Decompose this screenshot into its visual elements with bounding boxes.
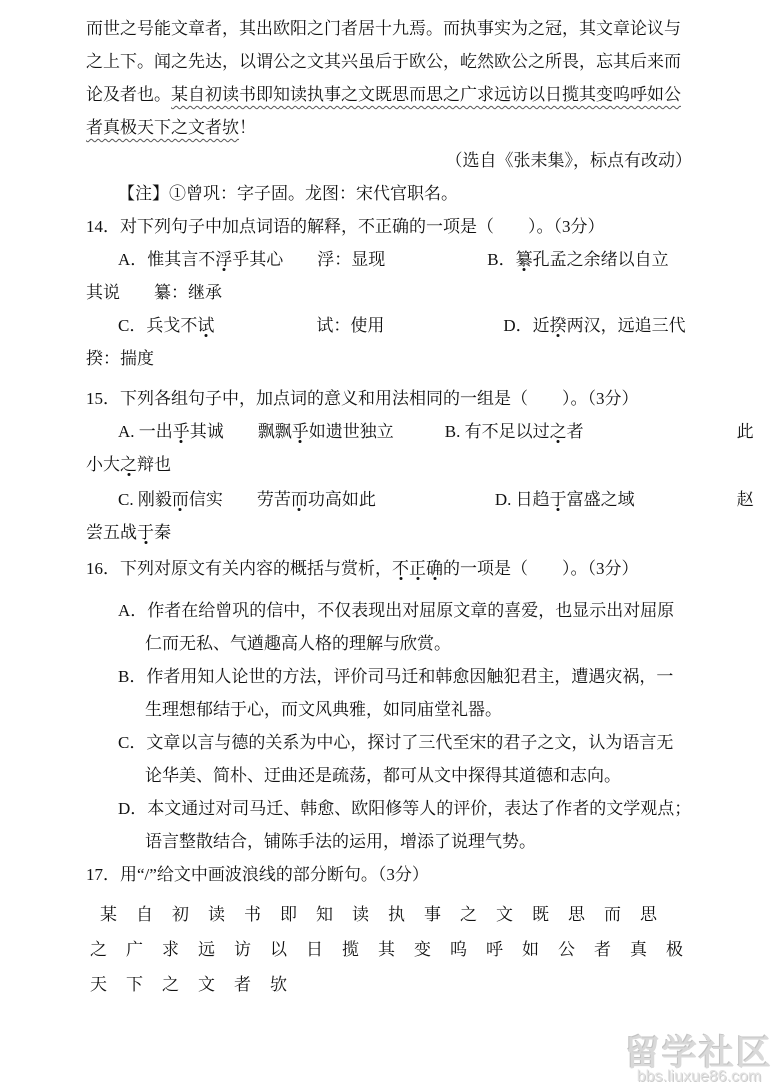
- text-run: 生理想郁结于心，而文风典雅，如同庙堂礼器。: [145, 700, 502, 719]
- passage-line-2: 之上下。闻之先达，以谓公之文其兴虽后于欧公，屹然欧公之所畏，忘其后来而: [0, 45, 776, 78]
- text-run: 其诚 飘飘: [190, 422, 292, 441]
- sentence-break-char: 思: [568, 897, 604, 932]
- passage-line-4: 者真极天下之文者欤！: [0, 111, 776, 144]
- passage-line-1: 而世之号能文章者，其出欧阳之门者居十九焉。而执事实为之冠，其文章论议与: [0, 12, 776, 45]
- text-run: 14．对下列句子中加点词语的解释，不正确的一项是（ ）。（3分）: [86, 217, 605, 236]
- text-run: D. 日趋: [376, 490, 550, 509]
- sentence-break-char: 以: [270, 932, 306, 967]
- sentence-break-char: 变: [414, 932, 450, 967]
- emphasis-dotted-char: 正: [409, 559, 426, 578]
- sentence-break-char: 如: [522, 932, 558, 967]
- q16-option-c-line2: 论华美、简朴、迂曲还是疏荡，都可从文中探得其道德和志向。: [0, 759, 776, 792]
- sentence-break-char: 公: [558, 932, 594, 967]
- sentence-break-char: 既: [532, 897, 568, 932]
- note-line: 【注】①曾巩：字子固。龙图：宋代官职名。: [0, 177, 776, 210]
- text-run: A．惟其言不: [118, 250, 215, 269]
- q16-option-c-line1: C．文章以言与德的关系为中心，探讨了三代至宋的君子之文，认为语言无: [0, 726, 776, 759]
- text-run: 而世之号能文章者，其出欧阳之门者居十九焉。而执事实为之冠，其文章论议与: [86, 19, 681, 38]
- q16-option-d-line2: 语言整散结合，铺陈手法的运用，增添了说理气势。: [0, 825, 776, 858]
- text-run: B. 有不足以过: [394, 422, 550, 441]
- q17-answer-line-3: 天下之文者欤: [0, 967, 776, 1002]
- sentence-break-char: 天: [90, 967, 126, 1002]
- q14-option-b-cont: 其说 纂：继承: [0, 276, 776, 309]
- sentence-break-char: 事: [424, 897, 460, 932]
- sentence-break-char: 知: [316, 897, 352, 932]
- q17-answer-line-2: 之广求远访以日揽其变呜呼如公者真极: [0, 932, 776, 967]
- text-run: 17．用“/”给文中画波浪线的部分断句。（3分）: [86, 865, 429, 884]
- sentence-break-char: 下: [126, 967, 162, 1002]
- sentence-break-char: 读: [352, 897, 388, 932]
- emphasis-dotted-char: 于: [137, 523, 154, 542]
- text-run: 之上下。闻之先达，以谓公之文其兴虽后于欧公，屹然欧公之所畏，忘其后来而: [86, 52, 681, 71]
- sentence-break-char: 而: [604, 897, 640, 932]
- emphasis-dotted-char: 乎: [173, 422, 190, 441]
- sentence-break-char: 者: [234, 967, 270, 1002]
- text-run: 的一项是（ ）。（3分）: [443, 559, 639, 578]
- source-line: （选自《张耒集》，标点有改动）: [0, 144, 776, 177]
- q16-option-d-line1: D．本文通过对司马迁、韩愈、欧阳修等人的评价，表达了作者的文学观点；: [0, 792, 776, 825]
- sentence-break-char: 初: [172, 897, 208, 932]
- sentence-break-char: 某: [100, 897, 136, 932]
- text-run: （选自《张耒集》，标点有改动）: [446, 151, 693, 170]
- text-run: C. 刚毅: [118, 490, 172, 509]
- sentence-break-char: 者: [594, 932, 630, 967]
- text-run: 仁而无私、气遒趣高人格的理解与欣赏。: [145, 634, 451, 653]
- emphasis-dotted-char: 浮: [215, 250, 232, 269]
- q16-option-b-line2: 生理想郁结于心，而文风典雅，如同庙堂礼器。: [0, 693, 776, 726]
- text-run: 16．下列对原文有关内容的概括与赏析，: [86, 559, 392, 578]
- text-run: B．: [385, 250, 515, 269]
- text-run: A．作者在给曾巩的信中，不仅表现出对屈原文章的喜爱，也显示出对屈原: [118, 601, 674, 620]
- text-run: 乎其心 浮：显现: [232, 250, 385, 269]
- text-run: 如遗世独立: [309, 422, 394, 441]
- sentence-break-char: 真: [630, 932, 666, 967]
- text-run: 尝五战: [86, 523, 137, 542]
- sentence-break-char: 读: [208, 897, 244, 932]
- emphasis-dotted-char: 于: [550, 490, 567, 509]
- emphasis-dotted-char: 试: [197, 316, 214, 335]
- sentence-break-char: 呼: [486, 932, 522, 967]
- sentence-break-char: 之: [90, 932, 126, 967]
- text-run: 揆：揣度: [86, 349, 154, 368]
- sentence-break-char: 文: [198, 967, 234, 1002]
- text-run: 富盛之域 赵: [567, 490, 754, 509]
- text-run: C．兵戈不: [118, 316, 197, 335]
- emphasis-dotted-char: 之: [550, 422, 567, 441]
- exam-document-body: 而世之号能文章者，其出欧阳之门者居十九焉。而执事实为之冠，其文章论议与之上下。闻…: [0, 12, 776, 1002]
- q15-option-d-cont: 尝五战于秦: [0, 516, 776, 549]
- sentence-break-char: 呜: [450, 932, 486, 967]
- sentence-break-char: 广: [126, 932, 162, 967]
- emphasis-dotted-char: 确: [426, 559, 443, 578]
- sentence-break-char: 访: [234, 932, 270, 967]
- text-run: B．作者用知人论世的方法，评价司马迁和韩愈因触犯君主，遭遇灾祸，一: [118, 667, 673, 686]
- text-run: C．文章以言与德的关系为中心，探讨了三代至宋的君子之文，认为语言无: [118, 733, 673, 752]
- text-run: D．本文通过对司马迁、韩愈、欧阳修等人的评价，表达了作者的文学观点；: [118, 799, 691, 818]
- wavy-underlined-text: 某自初读书即知读执事之文既思而思之广求远访以日揽其变呜呼如公: [171, 85, 681, 104]
- text-run: 15．下列各组句子中，加点词的意义和用法相同的一组是（ ）。（3分）: [86, 389, 639, 408]
- watermark: 留学社区 bbs.liuxue86.com: [625, 1026, 773, 1086]
- text-run: ！: [239, 118, 256, 137]
- sentence-break-char: 执: [388, 897, 424, 932]
- q17-stem: 17．用“/”给文中画波浪线的部分断句。（3分）: [0, 858, 776, 891]
- text-run: 两汉，远追三代: [567, 316, 686, 335]
- sentence-break-char: 日: [306, 932, 342, 967]
- sentence-break-char: 极: [666, 932, 702, 967]
- q14-options-ab: A．惟其言不浮乎其心 浮：显现 B．纂孔孟之余绪以自立: [0, 243, 776, 276]
- sentence-break-char: 欤: [270, 967, 306, 1002]
- text-run: 辩也: [137, 455, 171, 474]
- sentence-break-char: 求: [162, 932, 198, 967]
- text-run: 者 此: [567, 422, 754, 441]
- sentence-break-char: 远: [198, 932, 234, 967]
- emphasis-dotted-char: 乎: [292, 422, 309, 441]
- sentence-break-char: 揽: [342, 932, 378, 967]
- text-run: 论华美、简朴、迂曲还是疏荡，都可从文中探得其道德和志向。: [145, 766, 621, 785]
- sentence-break-char: 自: [136, 897, 172, 932]
- text-run: 功高如此: [308, 490, 376, 509]
- emphasis-dotted-char: 揆: [550, 316, 567, 335]
- watermark-url: bbs.liuxue86.com: [625, 1068, 773, 1086]
- sentence-break-char: 思: [640, 897, 676, 932]
- text-run: 【注】①曾巩：字子固。龙图：宋代官职名。: [118, 184, 458, 203]
- text-run: 语言整散结合，铺陈手法的运用，增添了说理气势。: [145, 832, 536, 851]
- q15-options-ab: A. 一出乎其诚 飘飘乎如遗世独立 B. 有不足以过之者 此: [0, 415, 776, 448]
- emphasis-dotted-char: 之: [120, 455, 137, 474]
- q14-option-d-cont: 揆：揣度: [0, 342, 776, 375]
- q15-stem: 15．下列各组句子中，加点词的意义和用法相同的一组是（ ）。（3分）: [0, 382, 776, 415]
- q16-option-b-line1: B．作者用知人论世的方法，评价司马迁和韩愈因触犯君主，遭遇灾祸，一: [0, 660, 776, 693]
- sentence-break-char: 其: [378, 932, 414, 967]
- wavy-underlined-text: 者真极天下之文者欤: [86, 118, 239, 137]
- text-run: 孔孟之余绪以自立: [533, 250, 669, 269]
- sentence-break-char: 之: [162, 967, 198, 1002]
- text-run: 小大: [86, 455, 120, 474]
- passage-line-3: 论及者也。某自初读书即知读执事之文既思而思之广求远访以日揽其变呜呼如公: [0, 78, 776, 111]
- text-run: A. 一出: [118, 422, 173, 441]
- sentence-break-char: 之: [460, 897, 496, 932]
- text-run: 信实 劳苦: [189, 490, 291, 509]
- q15-option-b-cont: 小大之辩也: [0, 448, 776, 481]
- q15-options-cd: C. 刚毅而信实 劳苦而功高如此 D. 日趋于富盛之域 赵: [0, 483, 776, 516]
- sentence-break-char: 文: [496, 897, 532, 932]
- text-run: 秦: [154, 523, 171, 542]
- emphasis-dotted-char: 纂: [516, 250, 533, 269]
- sentence-break-char: 即: [280, 897, 316, 932]
- text-run: 论及者也。: [86, 85, 171, 104]
- q14-stem: 14．对下列句子中加点词语的解释，不正确的一项是（ ）。（3分）: [0, 210, 776, 243]
- q14-options-cd: C．兵戈不试 试：使用 D．近揆两汉，远追三代: [0, 309, 776, 342]
- q16-stem: 16．下列对原文有关内容的概括与赏析，不正确的一项是（ ）。（3分）: [0, 552, 776, 585]
- q17-answer-line-1: 某自初读书即知读执事之文既思而思: [0, 897, 776, 932]
- sentence-break-char: 书: [244, 897, 280, 932]
- q16-option-a-line1: A．作者在给曾巩的信中，不仅表现出对屈原文章的喜爱，也显示出对屈原: [0, 594, 776, 627]
- emphasis-dotted-char: 而: [291, 490, 308, 509]
- text-run: 其说 纂：继承: [86, 283, 222, 302]
- emphasis-dotted-char: 不: [392, 559, 409, 578]
- emphasis-dotted-char: 而: [172, 490, 189, 509]
- text-run: 试：使用: [214, 316, 384, 335]
- q16-option-a-line2: 仁而无私、气遒趣高人格的理解与欣赏。: [0, 627, 776, 660]
- text-run: D．近: [384, 316, 549, 335]
